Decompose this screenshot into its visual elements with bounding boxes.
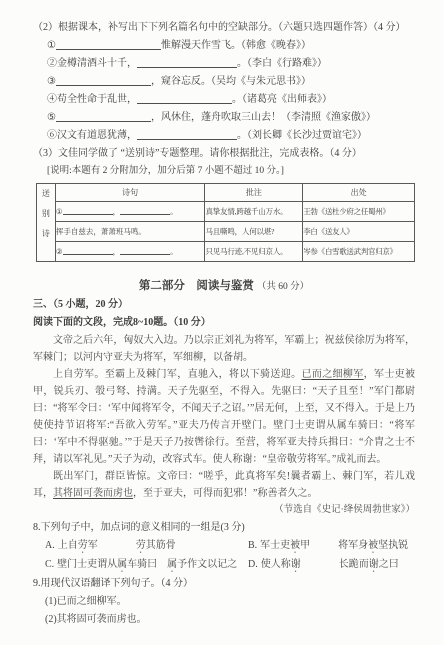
- annotation-cell: 只见马行迹,不见归京人。: [205, 242, 303, 262]
- passage-paragraph: 上自劳军。至霸上及棘门军，直驰入，将以下骑送迎。已而之细柳军，军士吏被甲，锐兵刃…: [33, 366, 415, 468]
- fillin-item: ④苟全性命于乱世，。（诸葛亮《出师表》）: [47, 91, 415, 109]
- option-phrase-2: 劳其筋骨: [136, 540, 176, 551]
- annotation-cell: 马且嘶鸣，人何以堪?: [205, 222, 303, 242]
- row-header-char: 诗: [37, 224, 55, 244]
- option-label: B.: [248, 540, 257, 551]
- blank-line: [56, 110, 151, 122]
- question-8-stem: 8.下列句子中，加点词的意义相同的一组是(3 分): [33, 519, 415, 537]
- table-column-header: 诗句: [55, 184, 205, 202]
- passage-paragraph: 既出军门，群臣皆惊。文帝曰：“嗟乎，此真将军矣!曩者霸上、棘门军，若儿戏耳，其将…: [33, 468, 415, 502]
- fillin-list: ①惟解漫天作雪飞。（韩愈《晚春》）②金樽清酒斗十千，。（李白《行路难》）③，窥谷…: [33, 37, 415, 145]
- fillin-item: ⑥汉文有道恩犹薄，。（刘长卿《长沙过贾谊宅》）: [47, 127, 415, 145]
- option-phrase-1: 壁门士吏谓从属车骑曰: [57, 556, 157, 575]
- question-8-options: A.上自劳军劳其筋骨B.军士吏被甲将军身被坚执锐C.壁门士吏谓从属车骑曰属予作文…: [45, 537, 415, 575]
- row-header-char: 别: [37, 204, 55, 224]
- translation-item: (1)已而之细柳军。: [45, 593, 415, 611]
- option-phrase-1: 上自劳军: [58, 537, 126, 556]
- table-row-header: 送别诗: [37, 184, 56, 262]
- reading-instruction: 阅读下面的文段，完成8~10题。（10 分）: [33, 314, 415, 332]
- question-9-items: (1)已而之细柳军。(2)其将固可袭而虏也。: [33, 593, 415, 629]
- fillin-item: ①惟解漫天作雪飞。（韩愈《晚春》）: [47, 37, 415, 55]
- table-row: ②，。只见马行迹,不见归京人。岑参《白雪歌送武判官归京》: [37, 242, 415, 262]
- option-d: D.使人称谢长跪而谢之曰: [248, 556, 415, 575]
- question-3-note: [说明:本题有 2 分附加分，加分后第 7 小题不超过 10 分。]: [47, 163, 415, 180]
- part2-heading-title: 第二部分 阅读与鉴赏: [139, 280, 254, 292]
- table-column-header: 批注: [205, 184, 303, 202]
- question-3-intro: （3）文佳同学做了 “送别诗”专题整理。请你根据批注，完成表格。（4 分）: [33, 145, 415, 163]
- passage-source: （节选自《史记·绛侯周勃世家》）: [33, 502, 415, 519]
- option-phrase-1: 使人称谢: [261, 556, 329, 575]
- verse-cell: 挥手自兹去，萧萧班马鸣。: [55, 222, 205, 242]
- verse-cell: ②，。: [55, 242, 205, 262]
- blank-line: [120, 246, 170, 255]
- option-phrase-2: 长跪而谢之曰: [339, 559, 399, 570]
- question-2-intro: （2）根据课本，补写出下下列名篇名句中的空缺部分。（六题只选四题作答）（4 分）: [33, 19, 415, 37]
- table-row: ①，。真挚友情,跨越千山万水。王勃《送杜少府之任蜀州》: [37, 202, 415, 222]
- source-cell: 岑参《白雪歌送武判官归京》: [303, 242, 415, 262]
- section-3-label: 三、（5 小题，20 分）: [33, 296, 415, 314]
- option-b: B.军士吏被甲将军身被坚执锐: [248, 537, 415, 556]
- blank-line: [56, 38, 161, 50]
- question-9-stem: 9.用现代汉语翻译下列句子。（4 分）: [33, 575, 415, 593]
- blank-line: [63, 246, 113, 255]
- passage-paragraph: 文帝之后六年，匈奴大入边。乃以宗正刘礼为将军，军霸上；祝兹侯徐厉为将军，军棘门；…: [33, 332, 415, 366]
- blank-line: [137, 56, 237, 68]
- option-label: C.: [45, 559, 54, 570]
- fillin-item: ③，窥谷忘反。（吴均《与朱元思书》）: [47, 73, 415, 91]
- table-header-row: 送别诗诗句批注出处: [37, 184, 415, 202]
- sendoff-poems-table: 送别诗诗句批注出处①，。真挚友情,跨越千山万水。王勃《送杜少府之任蜀州》挥手自兹…: [36, 183, 415, 262]
- fillin-item: ⑤，风休住，蓬舟吹取三山去！（李清照《渔家傲》）: [47, 109, 415, 127]
- underlined-text: 已而之细柳军: [301, 369, 363, 380]
- option-phrase-2: 属予作文以记之: [167, 559, 237, 570]
- part2-heading: 第二部分 阅读与鉴赏（共 60 分）: [33, 277, 415, 296]
- source-cell: 王勃《送杜少府之任蜀州》: [303, 202, 415, 222]
- underlined-text: 其将固可袭而虏也: [53, 488, 133, 499]
- fillin-item: ②金樽清酒斗十千，。（李白《行路难》）: [47, 55, 415, 73]
- annotation-cell: 真挚友情,跨越千山万水。: [205, 202, 303, 222]
- exam-paper-page: （2）根据课本，补写出下下列名篇名句中的空缺部分。（六题只选四题作答）（4 分）…: [0, 0, 444, 645]
- classical-passage: 文帝之后六年，匈奴大入边。乃以宗正刘礼为将军，军霸上；祝兹侯徐厉为将军，军棘门；…: [33, 332, 415, 502]
- blank-line: [56, 74, 151, 86]
- translation-item: (2)其将固可袭而虏也。: [45, 611, 415, 629]
- option-c: C.壁门士吏谓从属车骑曰属予作文以记之: [45, 556, 248, 575]
- blank-line: [63, 206, 113, 215]
- source-cell: 李白《送友人》: [303, 222, 415, 242]
- table-column-header: 出处: [303, 184, 415, 202]
- blank-line: [137, 128, 237, 140]
- part2-heading-score: （共 60 分）: [257, 282, 309, 292]
- option-phrase-1: 军士吏被甲: [260, 537, 328, 556]
- table-row: 挥手自兹去，萧萧班马鸣。马且嘶鸣，人何以堪?李白《送友人》: [37, 222, 415, 242]
- verse-cell: ①，。: [55, 202, 205, 222]
- option-label: D.: [248, 559, 258, 570]
- option-a: A.上自劳军劳其筋骨: [45, 537, 248, 556]
- option-phrase-2: 将军身被坚执锐: [338, 540, 408, 551]
- blank-line: [137, 92, 232, 104]
- row-header-char: 送: [37, 184, 55, 204]
- option-label: A.: [45, 540, 55, 551]
- blank-line: [120, 206, 170, 215]
